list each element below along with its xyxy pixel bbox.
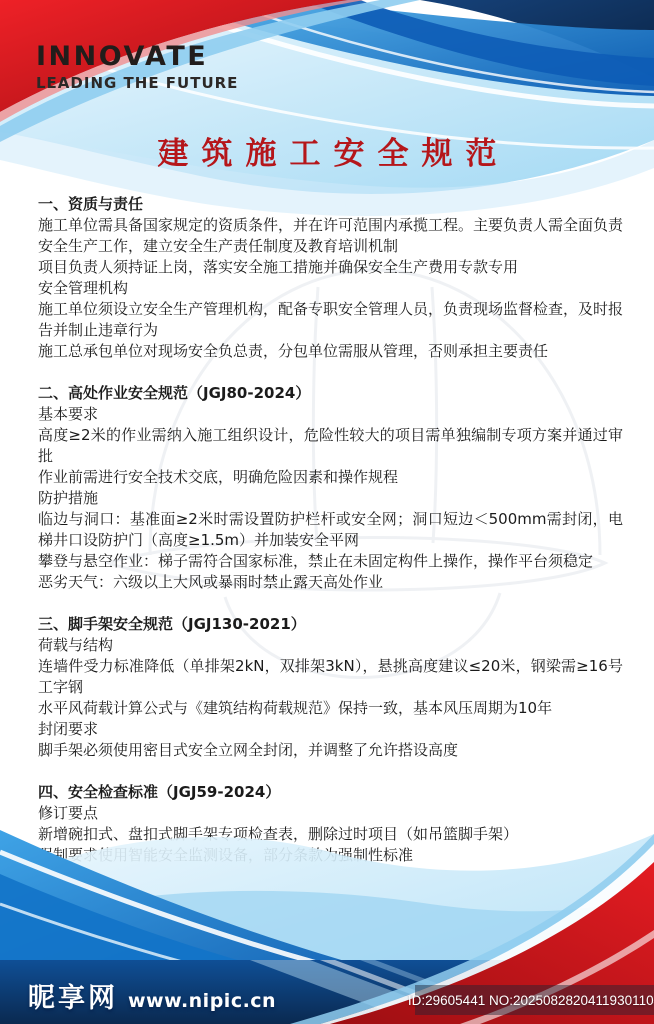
section-work-at-height: 二、高处作业安全规范（JGJ80-2024） 基本要求 高度≥2米的作业需纳入施… (38, 383, 623, 593)
section-paragraph: 施工总承包单位对现场安全负总责，分包单位需服从管理，否则承担主要责任 (38, 341, 623, 362)
section-paragraph: 防护措施 (38, 488, 623, 509)
section-paragraph: 施工单位需具备国家规定的资质条件，并在许可范围内承揽工程。主要负责人需全面负责安… (38, 215, 623, 257)
section-paragraph: 荷载与结构 (38, 635, 623, 656)
section-paragraph: 恶劣天气：六级以上大风或暴雨时禁止露天高处作业 (38, 572, 623, 593)
section-paragraph: 基本要求 (38, 404, 623, 425)
poster-title: 建筑施工安全规范 (0, 128, 654, 173)
section-paragraph: 连墙件受力标准降低（单排架2kN，双排架3kN），悬挑高度建议≤20米，钢梁需≥… (38, 656, 623, 698)
section-heading: 二、高处作业安全规范（JGJ80-2024） (38, 383, 623, 404)
section-heading: 三、脚手架安全规范（JGJ130-2021） (38, 614, 623, 635)
site-name: 昵享网 (28, 976, 118, 1015)
image-id-band: ID:29605441 NO:20250828204119301104 (415, 985, 654, 1015)
section-paragraph: 水平风荷载计算公式与《建筑结构荷载规范》保持一致，基本风压周期为10年 (38, 698, 623, 719)
section-paragraph: 施工单位须设立安全生产管理机构，配备专职安全管理人员，负责现场监督检查，及时报告… (38, 299, 623, 341)
image-id-text: ID:29605441 NO:20250828204119301104 (408, 993, 654, 1008)
section-paragraph: 安全管理机构 (38, 278, 623, 299)
brand-tagline: LEADING THE FUTURE (36, 75, 238, 92)
section-paragraph: 攀登与悬空作业：梯子需符合国家标准，禁止在未固定构件上操作，操作平台须稳定 (38, 551, 623, 572)
section-paragraph: 作业前需进行安全技术交底，明确危险因素和操作规程 (38, 467, 623, 488)
section-heading: 一、资质与责任 (38, 194, 623, 215)
section-paragraph: 项目负责人须持证上岗，落实安全施工措施并确保安全生产费用专款专用 (38, 257, 623, 278)
section-paragraph: 临边与洞口：基准面≥2米时需设置防护栏杆或安全网；洞口短边＜500mm需封闭，电… (38, 509, 623, 551)
watermark-brand: 昵享网 www.nipic.cn (28, 976, 276, 1015)
safety-poster: INNOVATE LEADING THE FUTURE 建筑施工安全规范 一、资… (0, 0, 654, 1024)
brand-logo: INNOVATE LEADING THE FUTURE (36, 42, 238, 91)
site-url: www.nipic.cn (128, 990, 276, 1012)
brand-name: INNOVATE (36, 42, 238, 72)
section-paragraph: 高度≥2米的作业需纳入施工组织设计，危险性较大的项目需单独编制专项方案并通过审批 (38, 425, 623, 467)
section-qualifications: 一、资质与责任 施工单位需具备国家规定的资质条件，并在许可范围内承揽工程。主要负… (38, 194, 623, 362)
